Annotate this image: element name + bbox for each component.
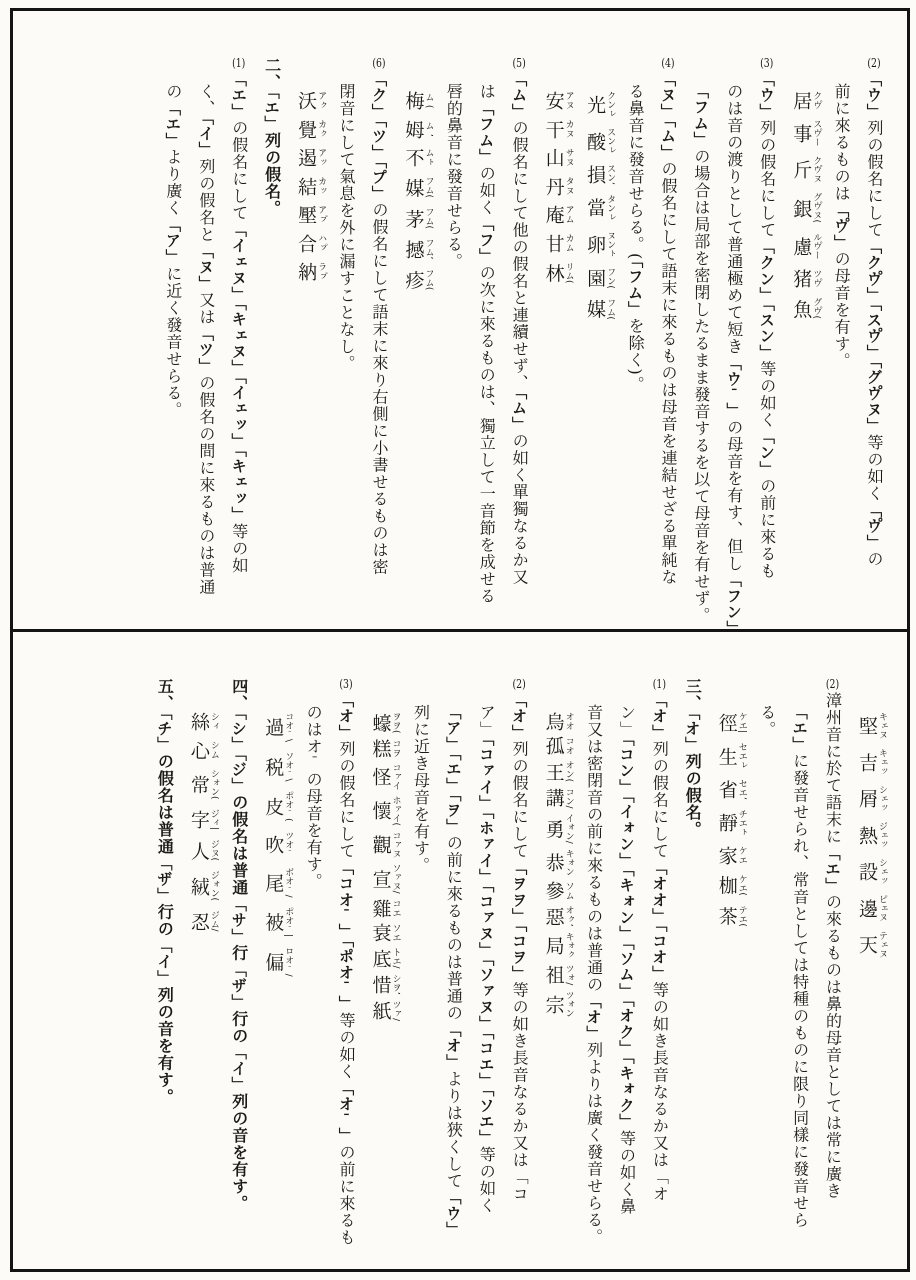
- text-column: (1)「オ」列の假名にして「オオ」「コオ」等の如き長音なるか又は「オ: [646, 678, 672, 1253]
- example-kanji: 惜: [370, 974, 392, 995]
- emphasized-kana: 「ア」: [444, 704, 462, 753]
- example-word: 銀グウ゚ヌ(: [790, 193, 812, 224]
- example-word: 蠔ヲヲ(: [370, 712, 392, 734]
- furigana-reading: イォン/: [564, 814, 574, 844]
- example-word: 參ソム: [543, 881, 565, 900]
- text-column: ア」「コァイ」「ホァイ」「コァヌ」「ソァヌ」「コエ」「ソエ」等の如く: [473, 678, 499, 1253]
- furigana-reading: シェッ: [877, 785, 887, 812]
- column-text: 「エ」の假名にして「イェヌ」「キェヌ」「イェッ」「キェッ」等の如: [230, 71, 249, 574]
- example-word: 家ケエ: [716, 846, 738, 865]
- example-word: 王オン(: [543, 761, 565, 783]
- band-bottom: 堅キェヌ吉キェッ屑シェッ熱ジェッ設シェッ邊ピェヌ天テェヌ(2)漳州音に於て語末に…: [13, 632, 907, 1269]
- furigana-reading: ロオ̄/: [283, 947, 293, 977]
- example-kanji: 甘: [543, 234, 565, 253]
- example-kanji: 雞: [370, 899, 392, 918]
- emphasized-kana: 「エ」: [791, 704, 809, 753]
- emphasized-kana: 「キェッ」: [230, 449, 248, 522]
- furigana-reading: ケエ: [737, 846, 747, 865]
- example-word: 遏アッ: [295, 148, 317, 167]
- text-column: 音又は密閉音の前に來るものは普通の「オ」列よりは廣く發音せらる。: [581, 678, 607, 1253]
- furigana-reading: アム: [564, 205, 574, 224]
- text-column: (6)「ク」「ツ」「プ」の假名にして語末に來り右側に小書せるものは密: [366, 57, 392, 613]
- furigana-reading: ソエ: [391, 923, 401, 942]
- emphasized-kana: 「ホァイ」: [477, 811, 495, 884]
- example-kanji: 丹: [543, 177, 565, 196]
- band-top: (2)「ウ」列の假名にして「クウ゚」「スウ゚」「グウ゚ヌ」等の如く「ウ゚」の前に…: [13, 11, 907, 629]
- emphasized-kana: 「グウ゚ヌ」: [865, 361, 883, 434]
- emphasized-kana: 「キォン」: [617, 869, 635, 942]
- column-text: 音又は密閉音の前に來るものは普通の「オ」列よりは廣く發音せらる。: [585, 704, 604, 1246]
- example-kanji: 沃: [295, 91, 317, 110]
- example-word: 紙ツァ/: [370, 1000, 392, 1021]
- example-kanji: 斤: [790, 156, 812, 183]
- emphasized-kana: 「ア」: [164, 217, 182, 266]
- example-word: 尾ボオ̄/: [262, 868, 284, 898]
- furigana-reading: オㇰʼ: [564, 906, 574, 927]
- example-word: 枷ケエ(: [716, 874, 738, 896]
- emphasized-kana: 「フム」: [626, 260, 644, 317]
- example-word: 惜シヲʼ: [370, 974, 392, 995]
- emphasized-kana: 「ム」: [510, 71, 528, 120]
- furigana-reading: ムʼ: [423, 120, 433, 139]
- example-kanji: 結: [295, 177, 317, 196]
- example-kanji: 家: [716, 846, 738, 865]
- emphasized-kana: 「ヌ」: [197, 243, 215, 292]
- example-word: 覺カㇰ: [295, 120, 317, 139]
- text-column: (3)「ウ」列の假名にして「クン」「スン」等の如く「ン」の前に來るも: [754, 57, 780, 613]
- furigana-reading: ツウ゚: [811, 269, 821, 288]
- text-column: のは音の渡りとして普通極めて短き「ウ̄」の母音を有す、但し「フン」: [721, 57, 747, 613]
- furigana-reading: ラㇷ゚: [316, 262, 326, 281]
- furigana-reading: コオ̄\: [283, 712, 293, 742]
- example-kanji: 茶: [716, 905, 738, 927]
- example-word: 惡オㇰʼ: [543, 906, 565, 927]
- page-frame-border: (2)「ウ」列の假名にして「クウ゚」「スウ゚」「グウ゚ヌ」等の如く「ウ゚」の前に…: [10, 8, 910, 1272]
- column-text: は「フム」の如く「フ」の次に來るものは、獨立して一音節を成せる: [477, 83, 496, 604]
- example-kanji: 屑: [856, 785, 878, 812]
- example-word: 斤クウ゚ヌ: [790, 156, 812, 183]
- example-kanji: 徑: [716, 712, 738, 733]
- example-word: 局キォㇰ: [543, 932, 565, 959]
- example-kanji: 酸: [584, 128, 606, 155]
- example-word: 講コン/: [543, 787, 565, 808]
- furigana-reading: ボオ̄/: [283, 868, 293, 898]
- example-kanji: 宗: [543, 991, 565, 1018]
- example-word-column: 蠔ヲヲ(糕コヲ怪コァイ懷ホァイ(觀コァヌ宣ソァヌ/雞コエ衰ソエ底トエ/惜シヲʼ紙…: [366, 678, 401, 1253]
- furigana-reading: セエʼ: [737, 779, 747, 800]
- furigana-reading: オオ: [564, 712, 574, 731]
- text-column: 「エ」に發音せられ、常音としては特種のものに限り同樣に發音せら: [787, 678, 813, 1253]
- example-word: 怪コァイ: [370, 763, 392, 790]
- emphasized-kana: 「ム」: [510, 392, 528, 433]
- furigana-reading: タンㇾ: [605, 194, 615, 221]
- example-word: 卵ヌンㇳ: [584, 231, 606, 258]
- example-kanji: 忍: [188, 911, 210, 932]
- example-word: 壓アㇷ゚: [295, 205, 317, 224]
- furigana-reading: カッ: [316, 177, 326, 196]
- emphasized-kana: 「コァヌ」: [477, 885, 495, 958]
- furigana-reading: ムㇳ: [423, 148, 433, 167]
- furigana-reading: シヲʼ: [391, 974, 401, 995]
- example-word-column: 徑ケエ|生セエㇾ省セエʼ靜チエㇳ家ケエ枷ケエ(茶テエ(: [712, 678, 747, 1253]
- column-text: 五、「チ」の假名は普通「ザ」行の「イ」列の音を有す。: [155, 678, 174, 1105]
- example-kanji: 被: [262, 907, 284, 937]
- example-kanji: 猪: [790, 269, 812, 288]
- example-word: 媒フム(: [402, 177, 424, 199]
- example-word: 設シェッ: [856, 858, 878, 885]
- example-kanji: 吹: [262, 831, 284, 858]
- furigana-reading: セエㇾ: [737, 743, 747, 770]
- column-text: 三、「オ」列の假名。: [683, 678, 702, 838]
- furigana-reading: テエ(: [737, 905, 747, 927]
- emphasized-kana: 「クン」: [758, 239, 776, 304]
- example-kanji: 遏: [295, 148, 317, 167]
- emphasized-kana: 「オ」: [585, 993, 603, 1042]
- furigana-reading: オン(: [564, 761, 574, 783]
- text-column: (5)「ム」の假名にして他の假名と連續せず、「ム」の如く單獨なるか又: [506, 57, 532, 613]
- emphasized-kana: 「イェッ」: [230, 376, 248, 449]
- emphasized-kana: 「ソエ」: [477, 1089, 495, 1146]
- example-word: 過コオ̄\: [262, 712, 284, 742]
- emphasized-kana: 「フン」: [725, 572, 743, 629]
- furigana-reading: リム(: [564, 262, 574, 284]
- emphasized-kana: 「オ」: [683, 712, 701, 753]
- emphasized-kana: 「ツ」: [197, 326, 215, 375]
- furigana-reading: ヲヲ(: [391, 712, 401, 734]
- example-word: 天テェヌ: [856, 931, 878, 958]
- example-word: 衰ソエ: [370, 923, 392, 942]
- furigana-reading: チエㇳ: [737, 809, 747, 836]
- example-kanji: 糕: [370, 739, 392, 758]
- emphasized-kana: 「キォク」: [617, 1056, 635, 1129]
- emphasized-kana: 「イォン」: [617, 795, 635, 868]
- furigana-reading: グウ゚(: [811, 298, 821, 320]
- furigana-reading: シム: [209, 741, 219, 760]
- furigana-reading: スンʼ: [605, 164, 615, 185]
- furigana-reading: シォン(: [209, 769, 219, 800]
- example-word: 猪ツウ゚: [790, 269, 812, 288]
- example-kanji: 堅: [856, 712, 878, 739]
- example-word: 吉キェッ: [856, 749, 878, 776]
- furigana-reading: タヌ: [564, 177, 574, 196]
- emphasized-kana: 「オ」: [337, 692, 355, 741]
- example-word: 甘カム: [543, 234, 565, 253]
- example-word: 徑ケエ|: [716, 712, 738, 733]
- column-text: 列に近き母音を有す。: [411, 704, 430, 874]
- furigana-reading: ソオ̄\: [283, 752, 293, 782]
- emphasized-kana: 「スウ゚」: [865, 303, 883, 360]
- emphasized-kana: 「フム」: [477, 100, 495, 165]
- text-column: の「エ」より廣く「ア」に近く發音せらる。: [160, 57, 186, 613]
- example-kanji: 天: [856, 931, 878, 958]
- column-text: 「フム」の場合は局部を密閉したるまま發音するを以て母音を有せず。: [692, 83, 711, 624]
- example-kanji: 不: [402, 148, 424, 167]
- example-word: 孤コオ: [543, 736, 565, 755]
- column-text: 「オ」列の假名にして「ヲヲ」「コヲ」等の如き長音なるか又は「コ: [510, 692, 529, 1203]
- example-word: 林リム(: [543, 262, 565, 284]
- example-kanji: 恭: [543, 849, 565, 876]
- example-kanji: 絲: [188, 712, 210, 731]
- example-word: 居クウ゚: [790, 91, 812, 110]
- item-number: (6): [372, 57, 386, 69]
- example-word: 丹タヌ: [543, 177, 565, 196]
- example-word: 損スンʼ: [584, 164, 606, 185]
- example-word: 生セエㇾ: [716, 743, 738, 770]
- example-word: 沃アㇰ: [295, 91, 317, 110]
- section-heading-column: 五、「チ」の假名は普通「ザ」行の「イ」列の音を有す。: [151, 678, 177, 1253]
- furigana-reading: コエ: [391, 899, 401, 918]
- emphasized-kana: 「コン」: [617, 738, 635, 795]
- emphasized-kana: 「チ」: [155, 712, 173, 753]
- furigana-reading: ルウ゚ー: [811, 233, 821, 260]
- column-text: ン」「コン」「イォン」「キォン」「ソム」「オク」「キォク」等の如く鼻: [617, 704, 636, 1215]
- example-kanji: 勇: [543, 814, 565, 844]
- emphasized-kana: 「オ̄」: [337, 1080, 355, 1144]
- example-word: 事スウ゚ー: [790, 120, 812, 147]
- furigana-reading: カㇰ: [316, 120, 326, 139]
- furigana-reading: ジヌ(: [209, 840, 219, 862]
- furigana-reading: ハㇷ゚: [316, 234, 326, 253]
- example-word: 吹ツオ̄: [262, 831, 284, 858]
- example-word: 熱ジェッ: [856, 822, 878, 849]
- example-kanji: 怪: [370, 763, 392, 790]
- text-column: る鼻音に發音せらる。(「フム」を除く)。: [622, 57, 648, 613]
- section-heading-column: 二、「エ」列の假名。: [259, 57, 285, 613]
- text-column: (2)「ウ」列の假名にして「クウ゚」「スウ゚」「グウ゚ヌ」等の如く「ウ゚」の: [861, 57, 887, 613]
- emphasized-kana: 「ザ」: [230, 962, 248, 1011]
- emphasized-kana: 「オオ」: [650, 860, 668, 925]
- emphasized-kana: 「ム」: [659, 120, 677, 161]
- furigana-reading: フムʼ: [423, 239, 433, 260]
- example-word: 姆ムʼ: [402, 120, 424, 139]
- emphasized-kana: 「ウ」: [444, 1189, 462, 1238]
- example-kanji: 熱: [856, 822, 878, 849]
- column-text: 唇的鼻音に發音せらる。: [444, 83, 463, 270]
- example-kanji: 過: [262, 712, 284, 742]
- example-kanji: 撼: [402, 239, 424, 260]
- furigana-reading: ソム: [564, 881, 574, 900]
- example-kanji: 尾: [262, 868, 284, 898]
- emphasized-kana: 「ソム」: [617, 942, 635, 999]
- example-word: 雞コエ: [370, 899, 392, 918]
- item-number: (3): [339, 678, 353, 690]
- emphasized-kana: 「オ」: [444, 1022, 462, 1071]
- example-kanji: 銀: [790, 193, 812, 224]
- furigana-reading: キォㇰ: [564, 932, 574, 959]
- example-kanji: 姆: [402, 120, 424, 139]
- example-kanji: 惡: [543, 906, 565, 927]
- example-word: 茅フム(: [402, 208, 424, 230]
- example-word: 忍ジム/: [188, 911, 210, 932]
- furigana-reading: コァイ: [391, 763, 401, 790]
- column-text: 「エ」に發音せられ、常音としては特種のものに限り同樣に發音せら: [791, 704, 810, 1229]
- example-word-column: 居クウ゚事スウ゚ー斤クウ゚ヌ銀グウ゚ヌ(慮ルウ゚ー猪ツウ゚魚グウ゚(: [787, 57, 822, 613]
- emphasized-kana: 「エ」: [263, 91, 281, 132]
- text-column: 列に近き母音を有す。: [408, 678, 434, 1253]
- example-word: 常シォン(: [188, 769, 210, 800]
- emphasized-kana: 「イェヌ」: [230, 222, 248, 303]
- item-number: (4): [661, 57, 675, 69]
- example-word: 人ジヌ(: [188, 840, 210, 862]
- emphasized-kana: 「ウ゚」: [865, 502, 883, 551]
- emphasized-kana: 「コオ̄」: [337, 860, 355, 940]
- furigana-reading: コァヌ: [391, 831, 401, 858]
- section-heading-column: 四、「シ」「ジ」の假名は普通「サ」行「ザ」行の「イ」列の音を有す。: [226, 678, 252, 1253]
- example-kanji: 局: [543, 932, 565, 959]
- example-word: 邊ピェヌ: [856, 895, 878, 922]
- emphasized-kana: 「エ」: [824, 845, 842, 894]
- example-word: 堅キェヌ: [856, 712, 878, 739]
- example-kanji: 常: [188, 769, 210, 800]
- furigana-reading: ピェヌ: [877, 895, 887, 922]
- example-word: 園フン(: [584, 267, 606, 289]
- example-kanji: 邊: [856, 895, 878, 922]
- example-kanji: 事: [790, 120, 812, 147]
- example-word: 山サヌ: [543, 148, 565, 167]
- column-text: く、「イ」列の假名と「ヌ」又は「ツ」の假名の間に來るものは普通: [197, 83, 216, 595]
- furigana-reading: カム: [564, 234, 574, 253]
- furigana-reading: フム(: [605, 298, 615, 320]
- furigana-reading: アㇷ゚: [316, 205, 326, 224]
- column-text: の「エ」より廣く「ア」に近く發音せらる。: [164, 83, 183, 418]
- emphasized-kana: 「クウ゚」: [865, 239, 883, 304]
- furigana-reading: カヌ: [564, 120, 574, 139]
- emphasized-kana: 「ヲ」: [444, 794, 462, 835]
- example-word: 絲シィ: [188, 712, 210, 731]
- furigana-reading: ケエ|: [737, 712, 747, 733]
- furigana-reading: コヲ: [391, 739, 401, 758]
- column-text: のはオ̄の母音を有す。: [304, 704, 323, 890]
- emphasized-kana: 「スン」: [758, 303, 776, 360]
- furigana-reading: ツァ/: [391, 1000, 401, 1021]
- column-text: 前に來るものは「ウ゚」の母音を有す。: [832, 83, 851, 370]
- item-number: (3): [760, 57, 774, 69]
- emphasized-kana: 「プ」: [370, 161, 388, 202]
- item-number: (2): [867, 57, 881, 69]
- emphasized-kana: 「エ」: [444, 753, 462, 794]
- example-word: 勇イォン/: [543, 814, 565, 844]
- furigana-reading: ジム/: [209, 911, 219, 932]
- example-word: 魚グウ゚(: [790, 298, 812, 320]
- emphasized-kana: 「エ」: [164, 100, 182, 149]
- example-word: 慮ルウ゚ー: [790, 233, 812, 260]
- example-word: 梅ム(: [402, 91, 424, 110]
- example-word: 心シム: [188, 741, 210, 760]
- text-column: は「フム」の如く「フ」の次に來るものは、獨立して一音節を成せる: [473, 57, 499, 613]
- furigana-reading: クンㇾ: [605, 91, 615, 118]
- text-column: 「フム」の場合は局部を密閉したるまま發音するを以て母音を有せず。: [688, 57, 714, 613]
- emphasized-kana: 「ウ」: [758, 71, 776, 120]
- example-word: 撼フムʼ: [402, 239, 424, 260]
- example-kanji: 當: [584, 194, 606, 221]
- furigana-reading: シィ: [209, 712, 219, 731]
- example-word-column: 光クンㇾ酸スンㇾ損スンʼ當タンㇾ卵ヌンㇳ園フン(媒フム(: [581, 57, 616, 613]
- emphasized-kana: 「オ」: [650, 692, 668, 741]
- column-text: 閉音にして氣息を外に漏すことなし。: [337, 83, 356, 372]
- example-kanji: 損: [584, 164, 606, 185]
- example-kanji: 吉: [856, 749, 878, 776]
- emphasized-kana: 「ヲヲ」: [510, 860, 528, 925]
- example-kanji: 底: [370, 948, 392, 969]
- emphasized-kana: 「コエ」: [477, 1032, 495, 1089]
- emphasized-kana: 「ン」: [758, 429, 776, 478]
- example-word: 税ソオ̄\: [262, 752, 284, 782]
- furigana-reading: ヌンㇳ: [605, 231, 615, 258]
- column-text: ア」「コァイ」「ホァイ」「コァヌ」「ソァヌ」「コエ」「ソエ」等の如く: [477, 704, 496, 1214]
- example-kanji: 宣: [370, 864, 392, 894]
- furigana-reading: キェヌ: [877, 712, 887, 739]
- example-kanji: 紙: [370, 1000, 392, 1021]
- column-text: 「オ」列の假名にして「コオ̄」「ポオ̄」等の如く「オ̄」の前に來るも: [337, 692, 356, 1246]
- emphasized-kana: 「ポオ̄」: [337, 940, 355, 1012]
- emphasized-kana: 「キェヌ」: [230, 303, 248, 376]
- emphasized-kana: 「ジ」: [230, 753, 248, 794]
- text-column: (2)「オ」列の假名にして「ヲヲ」「コヲ」等の如き長音なるか又は「コ: [506, 678, 532, 1253]
- emphasized-kana: 「ザ」: [155, 855, 173, 904]
- item-number: (2): [512, 678, 526, 690]
- example-word: 結カッ: [295, 177, 317, 196]
- example-word: 當タンㇾ: [584, 194, 606, 221]
- example-kanji: 設: [856, 858, 878, 885]
- example-kanji: 烏: [543, 712, 565, 731]
- example-kanji: 絨: [188, 871, 210, 902]
- item-number: (1): [652, 678, 666, 690]
- emphasized-kana: 「イ」: [197, 117, 215, 158]
- column-text: 「ウ」列の假名にして「クン」「スン」等の如く「ン」の前に來るも: [758, 71, 777, 579]
- example-word: 宣ソァヌ/: [370, 864, 392, 894]
- text-column: 唇的鼻音に發音せらる。: [440, 57, 466, 613]
- example-kanji: 園: [584, 267, 606, 289]
- furigana-reading: グウ゚ヌ(: [811, 193, 821, 224]
- furigana-reading: ツォ/: [564, 964, 574, 985]
- example-kanji: 生: [716, 743, 738, 770]
- example-kanji: 靜: [716, 809, 738, 836]
- example-word: 底トエ/: [370, 948, 392, 969]
- text-column: く、「イ」列の假名と「ヌ」又は「ツ」の假名の間に來るものは普通: [193, 57, 219, 613]
- furigana-reading: ム(: [423, 91, 433, 110]
- furigana-reading: アッ: [316, 148, 326, 167]
- example-word-column: 絲シィ心シム常シォン(字ジィ|人ジヌ(絨ジォン(忍ジム/: [184, 678, 219, 1253]
- example-word: 酸スンㇾ: [584, 128, 606, 155]
- text-column: る。: [754, 678, 780, 1253]
- emphasized-kana: 「コオ」: [650, 924, 668, 981]
- example-kanji: 卵: [584, 231, 606, 258]
- furigana-reading: テェヌ: [877, 931, 887, 958]
- example-kanji: 講: [543, 787, 565, 808]
- furigana-reading: フム(: [423, 269, 433, 291]
- example-word-column: 堅キェヌ吉キェッ屑シェッ熱ジェッ設シェッ邊ピェヌ天テェヌ: [853, 678, 888, 1253]
- furigana-reading: ジォン(: [209, 871, 219, 902]
- example-word: 光クンㇾ: [584, 91, 606, 118]
- column-text: 「ク」「ツ」「プ」の假名にして語末に來り右側に小書せるものは密: [370, 71, 389, 576]
- emphasized-kana: 「イ」: [155, 938, 173, 987]
- emphasized-kana: 「ク」: [370, 71, 388, 120]
- example-word: 省セエʼ: [716, 779, 738, 800]
- example-kanji: 參: [543, 881, 565, 900]
- example-kanji: 祖: [543, 964, 565, 985]
- furigana-reading: コオ: [564, 736, 574, 755]
- emphasized-kana: 「シ」: [230, 712, 248, 753]
- example-word-column: 烏オオ孤コオ王オン(講コン/勇イォン/恭キォン參ソム惡オㇰʼ局キォㇰ祖ツォ/宗ツ…: [539, 678, 574, 1253]
- example-kanji: 慮: [790, 233, 812, 260]
- example-kanji: 懷: [370, 795, 392, 826]
- example-word-column: 沃アㇰ覺カㇰ遏アッ結カッ壓アㇷ゚合ハㇷ゚納ラㇷ゚: [292, 57, 327, 613]
- furigana-reading: ソァヌ/: [391, 864, 401, 894]
- furigana-reading: サヌ: [564, 148, 574, 167]
- column-text: る鼻音に發音せらる。(「フム」を除く)。: [626, 83, 645, 393]
- example-kanji: 茅: [402, 208, 424, 230]
- example-kanji: 人: [188, 840, 210, 862]
